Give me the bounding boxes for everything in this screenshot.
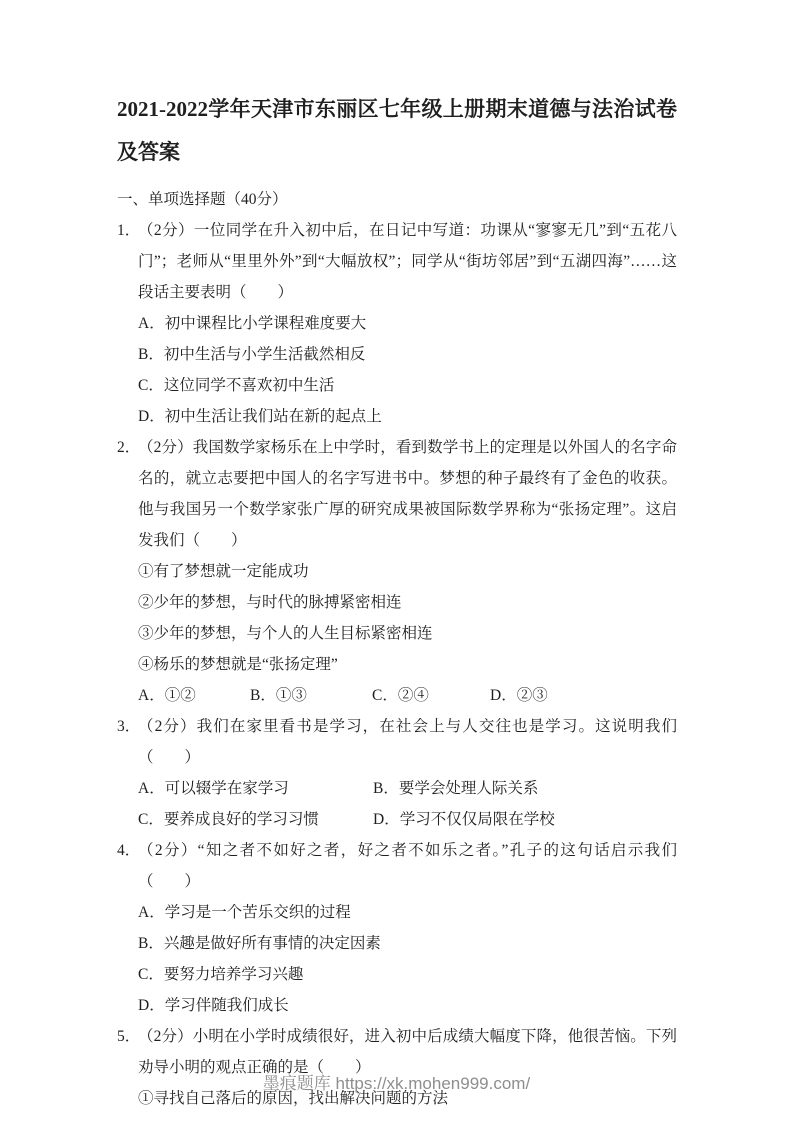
option-a: A．学习是一个苦乐交织的过程 (138, 897, 677, 928)
option-d: D．学习不仅仅局限在学校 (373, 804, 677, 835)
options-row: A．①② B．①③ C．②④ D．②③ (138, 680, 677, 711)
question-number: 4． (117, 835, 138, 866)
statement-2: ②少年的梦想，与时代的脉搏紧密相连 (138, 587, 677, 618)
option-b: B．兴趣是做好所有事情的决定因素 (138, 928, 677, 959)
statement-3: ③少年的梦想，与个人的人生目标紧密相连 (138, 618, 677, 649)
option-c: C．要努力培养学习兴趣 (138, 959, 677, 990)
question-number: 2． (117, 432, 138, 463)
option-d: D．初中生活让我们站在新的起点上 (138, 401, 677, 432)
question-stem: （2分）我们在家里看书是学习，在社会上与人交往也是学习。这说明我们（ ） (138, 711, 677, 773)
document-page: 2021-2022学年天津市东丽区七年级上册期末道德与法治试卷及答案 一、单项选… (0, 0, 793, 1122)
option-d: D．②③ (490, 680, 677, 711)
section-heading: 一、单项选择题（40分） (117, 184, 677, 215)
statement-1: ①有了梦想就一定能成功 (138, 556, 677, 587)
option-c: C．要养成良好的学习习惯 (138, 804, 373, 835)
question-number: 3． (117, 711, 138, 742)
option-a: A．①② (138, 680, 250, 711)
question-stem: （2分）一位同学在升入初中后，在日记中写道：功课从“寥寥无几”到“五花八门”；老… (138, 215, 677, 308)
question-1: 1． （2分）一位同学在升入初中后，在日记中写道：功课从“寥寥无几”到“五花八门… (117, 215, 677, 432)
page-title: 2021-2022学年天津市东丽区七年级上册期末道德与法治试卷及答案 (117, 88, 677, 174)
option-d: D．学习伴随我们成长 (138, 990, 677, 1021)
option-c: C．这位同学不喜欢初中生活 (138, 370, 677, 401)
question-3: 3． （2分）我们在家里看书是学习，在社会上与人交往也是学习。这说明我们（ ） … (117, 711, 677, 835)
document-content: 2021-2022学年天津市东丽区七年级上册期末道德与法治试卷及答案 一、单项选… (117, 88, 677, 1114)
question-number: 5． (117, 1021, 138, 1052)
footer-watermark: 墨痕题库 https://xk.mohen999.com/ (0, 1069, 793, 1094)
question-5: 5． （2分）小明在小学时成绩很好，进入初中后成绩大幅度下降，他很苦恼。下列劝导… (117, 1021, 677, 1114)
statement-4: ④杨乐的梦想就是“张扬定理” (138, 649, 677, 680)
option-c: C．②④ (372, 680, 490, 711)
option-a: A．初中课程比小学课程难度要大 (138, 308, 677, 339)
question-stem: （2分）“知之者不如好之者，好之者不如乐之者。”孔子的这句话启示我们（ ） (138, 835, 677, 897)
question-2: 2． （2分）我国数学家杨乐在上中学时，看到数学书上的定理是以外国人的名字命名的… (117, 432, 677, 711)
option-b: B．初中生活与小学生活截然相反 (138, 339, 677, 370)
question-number: 1． (117, 215, 138, 246)
options-grid: A．可以辍学在家学习 B．要学会处理人际关系 C．要养成良好的学习习惯 D．学习… (138, 773, 677, 835)
question-4: 4． （2分）“知之者不如好之者，好之者不如乐之者。”孔子的这句话启示我们（ ）… (117, 835, 677, 1021)
option-b: B．①③ (250, 680, 372, 711)
option-b: B．要学会处理人际关系 (373, 773, 677, 804)
question-stem: （2分）我国数学家杨乐在上中学时，看到数学书上的定理是以外国人的名字命名的，就立… (138, 432, 677, 556)
option-a: A．可以辍学在家学习 (138, 773, 373, 804)
